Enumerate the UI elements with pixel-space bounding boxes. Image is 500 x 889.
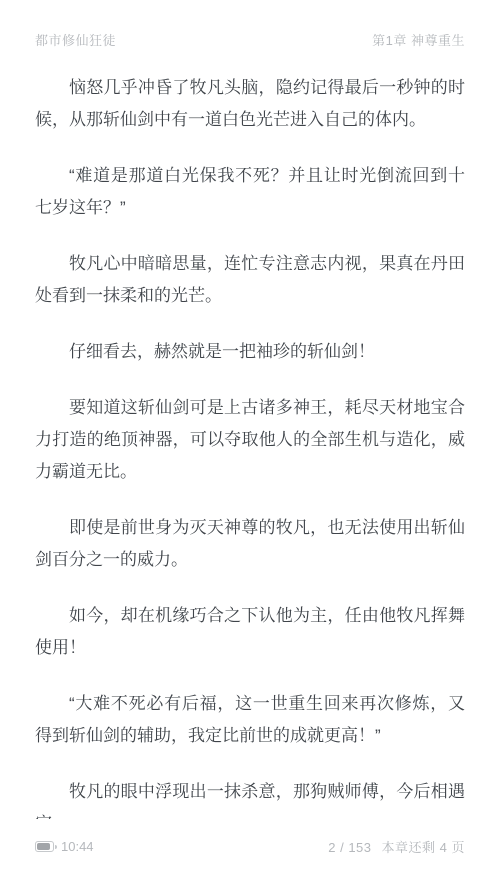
footer-status-right: 2 / 153 本章还剩 4 页 (328, 837, 465, 856)
book-title: 都市修仙狂徒 (35, 33, 116, 49)
paragraph: 牧凡心中暗暗思量，连忙专注意志内视，果真在丹田处看到一抹柔和的光芒。 (35, 248, 465, 312)
footer-status-left: 10:44 (35, 839, 94, 854)
paragraph: 如今，却在机缘巧合之下认他为主，任由他牧凡挥舞使用！ (35, 600, 465, 664)
page-indicator: 2 / 153 (328, 840, 371, 855)
chapter-title: 第1章 神尊重生 (372, 33, 465, 49)
reader-page-content[interactable]: 恼怒几乎冲昏了牧凡头脑，隐约记得最后一秒钟的时候，从那斩仙剑中有一道白色光芒进入… (35, 72, 465, 819)
reader-screen: 都市修仙狂徒 第1章 神尊重生 恼怒几乎冲昏了牧凡头脑，隐约记得最后一秒钟的时候… (0, 0, 500, 889)
paragraph: 牧凡的眼中浮现出一抹杀意，那狗贼师傅，今后相遇定 (35, 776, 465, 819)
paragraph: 要知道这斩仙剑可是上古诸多神王，耗尽天材地宝合力打造的绝顶神器，可以夺取他人的全… (35, 392, 465, 488)
reader-header: 都市修仙狂徒 第1章 神尊重生 (35, 33, 465, 49)
battery-icon (35, 841, 54, 852)
clock-time: 10:44 (61, 839, 94, 854)
pages-remaining: 本章还剩 4 页 (382, 837, 465, 856)
paragraph: 即使是前世身为灭天神尊的牧凡，也无法使用出斩仙剑百分之一的威力。 (35, 512, 465, 576)
battery-level-fill (37, 843, 50, 850)
reader-footer: 10:44 2 / 153 本章还剩 4 页 (35, 837, 465, 856)
paragraph: “难道是那道白光保我不死？并且让时光倒流回到十七岁这年？” (35, 160, 465, 224)
paragraph: “大难不死必有后福，这一世重生回来再次修炼，又得到斩仙剑的辅助，我定比前世的成就… (35, 688, 465, 752)
paragraph: 恼怒几乎冲昏了牧凡头脑，隐约记得最后一秒钟的时候，从那斩仙剑中有一道白色光芒进入… (35, 72, 465, 136)
paragraph: 仔细看去，赫然就是一把袖珍的斩仙剑！ (35, 336, 465, 368)
